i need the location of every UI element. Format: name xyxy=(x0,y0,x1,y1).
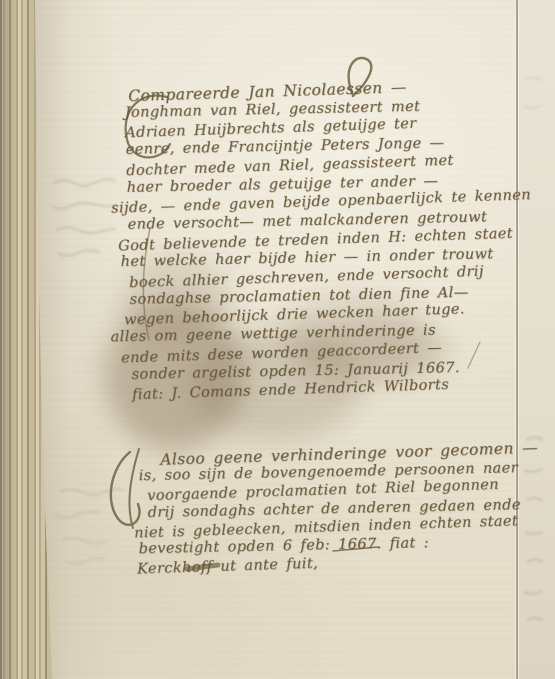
handwritten-entry-banns: Compareerde Jan Nicolaessen —Jonghman va… xyxy=(124,75,536,403)
handwritten-entry-confirmation: Alsoo geene verhinderinge voor gecomen —… xyxy=(146,440,541,578)
manuscript-scan: Compareerde Jan Nicolaessen —Jonghman va… xyxy=(0,0,555,679)
